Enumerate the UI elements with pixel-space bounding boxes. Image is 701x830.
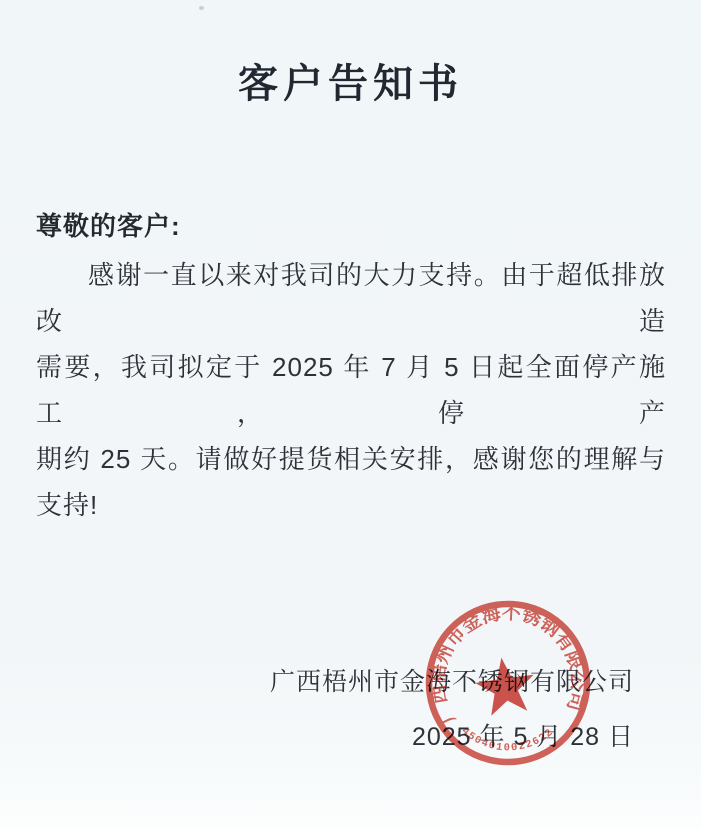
body-line-3: 期约 25 天。请做好提货相关安排，感谢您的理解与支持! [36, 436, 666, 528]
document-date: 2025 年 5 月 28 日 [270, 717, 634, 753]
body-paragraph: 感谢一直以来对我司的大力支持。由于超低排放改造 需要，我司拟定于 2025 年 … [36, 252, 666, 528]
notice-document-page: 客户告知书 尊敬的客户: 感谢一直以来对我司的大力支持。由于超低排放改造 需要，… [0, 0, 701, 830]
body-line-2: 需要，我司拟定于 2025 年 7 月 5 日起全面停产施工，停产 [36, 344, 666, 436]
body-line-1: 感谢一直以来对我司的大力支持。由于超低排放改造 [36, 252, 666, 344]
paper-speck [199, 6, 204, 10]
document-title: 客户告知书 [0, 52, 701, 109]
salutation: 尊敬的客户: [36, 206, 181, 243]
company-name: 广西梧州市金海不锈钢有限公司 [270, 662, 634, 698]
signature-block: 广西梧州市金海不锈钢有限公司 2025 年 5 月 28 日 [270, 662, 634, 753]
